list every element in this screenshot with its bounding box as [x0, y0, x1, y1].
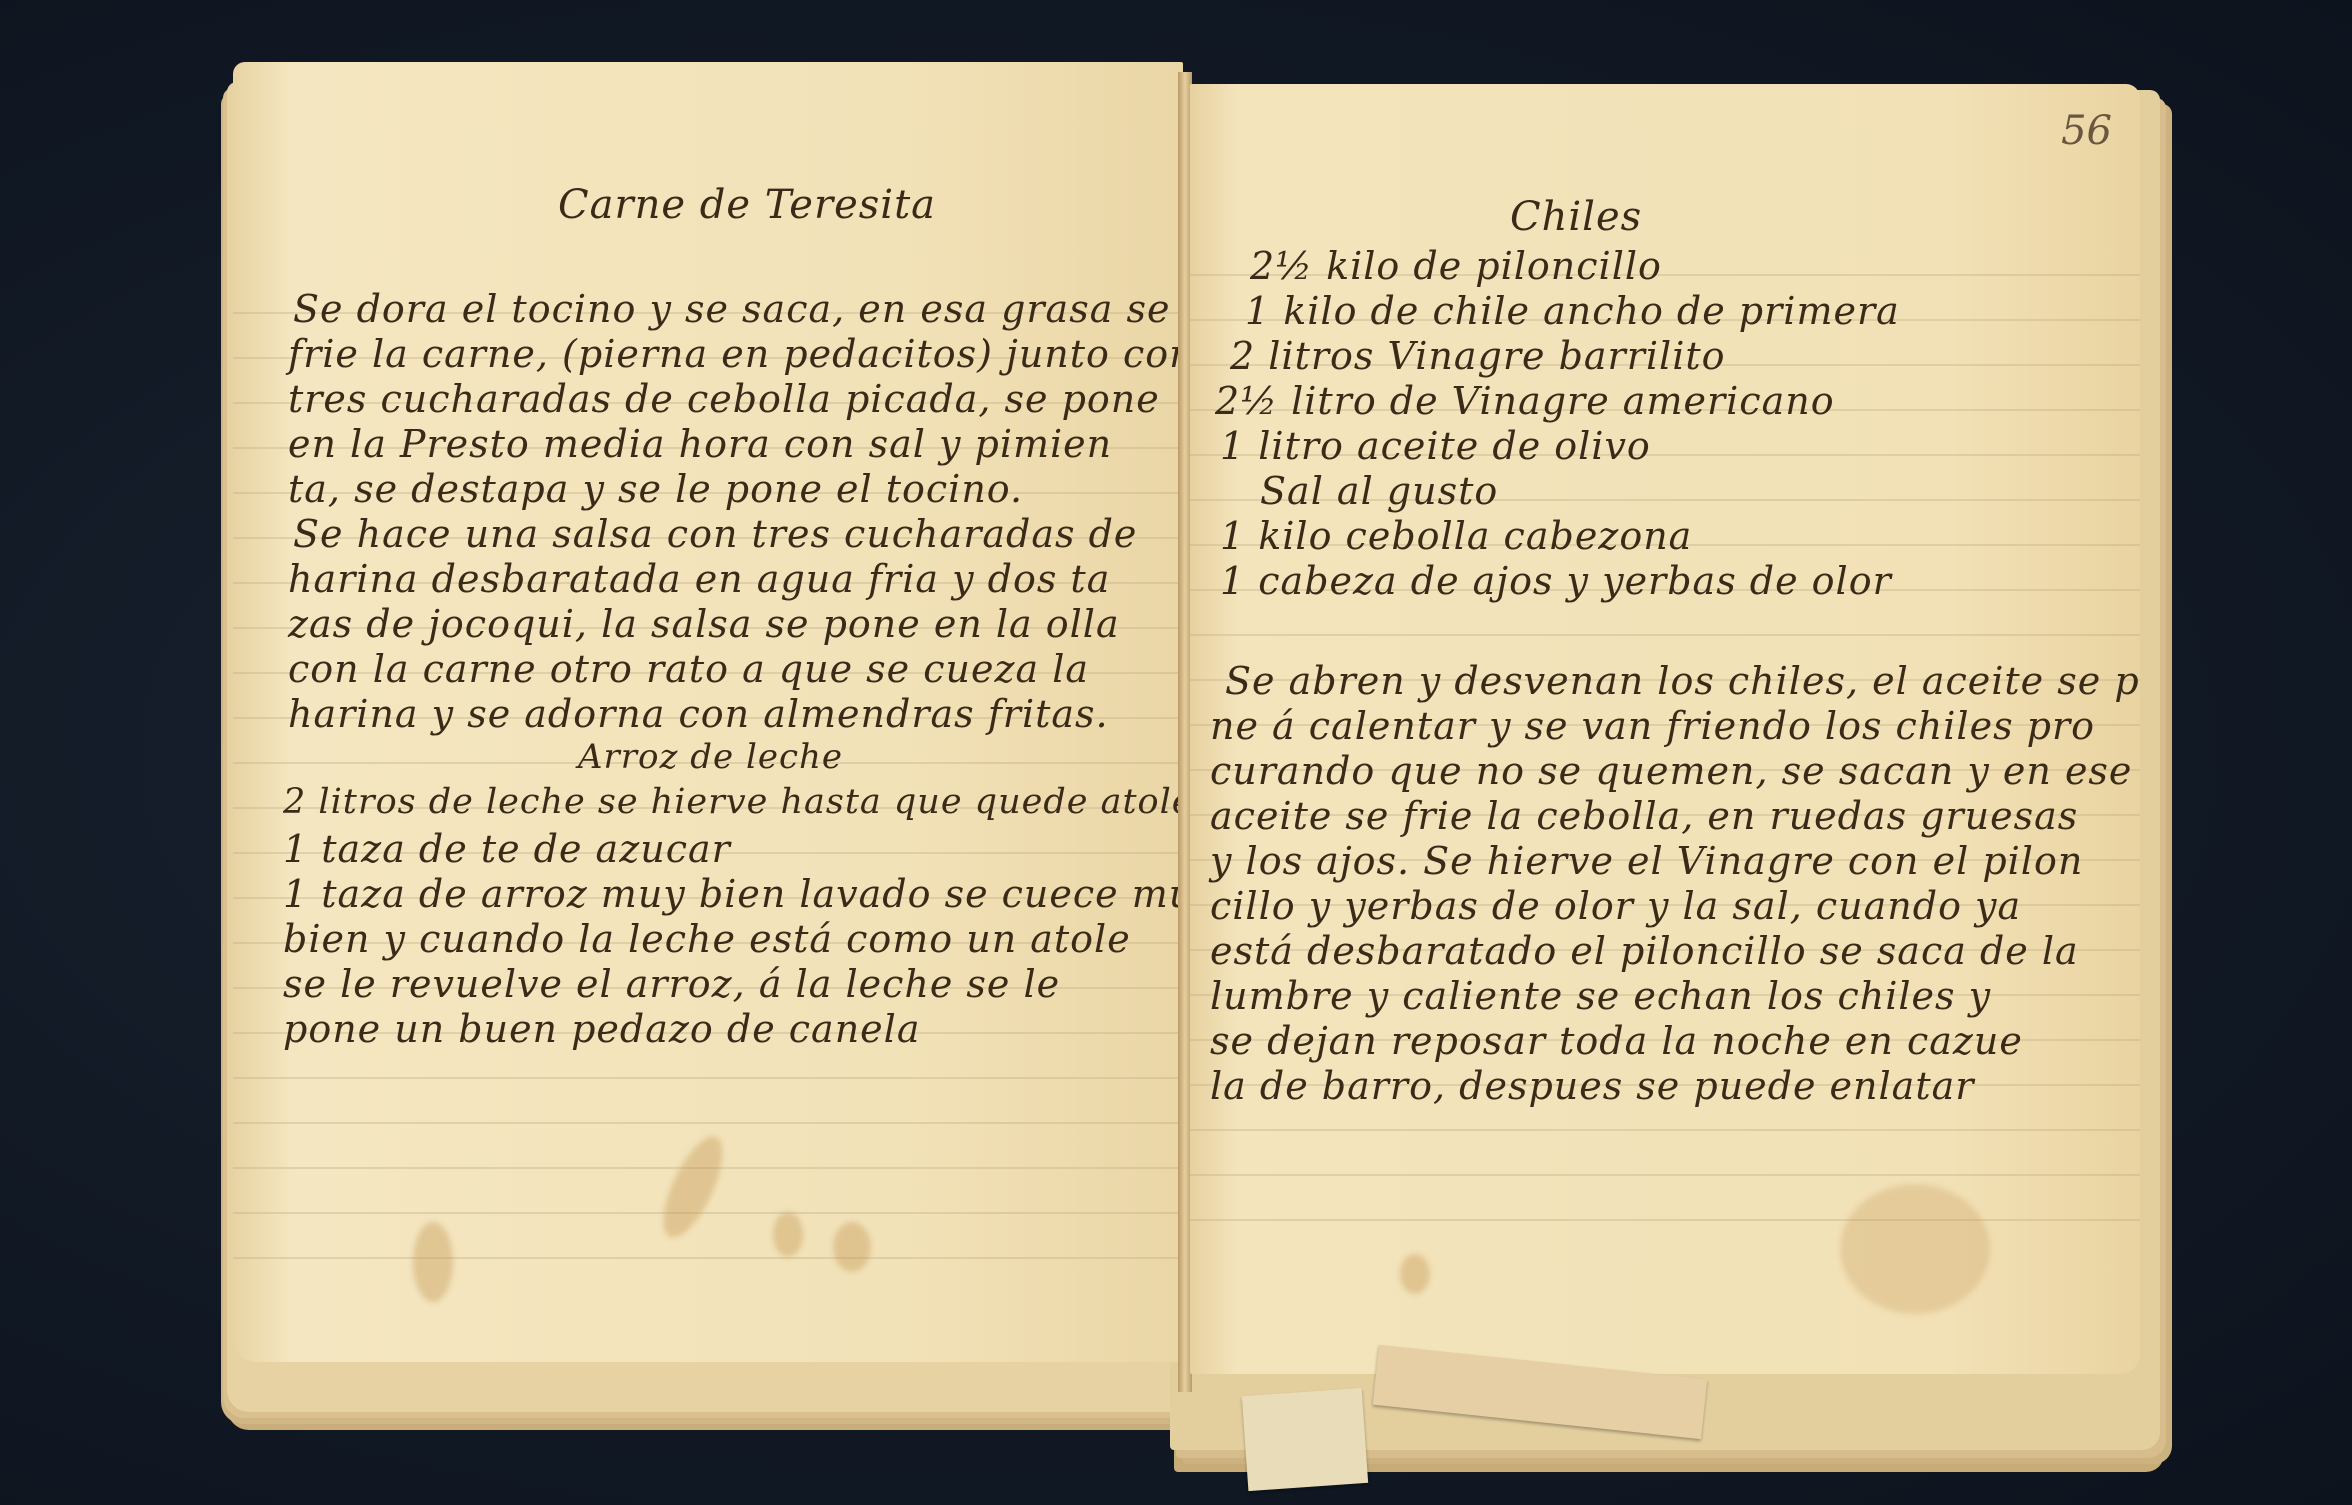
- recipe-line: con la carne otro rato a que se cueza la: [288, 647, 1089, 691]
- recipe-title-carne-de-teresita: Carne de Teresita: [558, 182, 936, 228]
- instruction-line: ne á calentar y se van friendo los chile…: [1210, 704, 2095, 748]
- instruction-line: curando que no se quemen, se sacan y en …: [1210, 749, 2132, 793]
- loose-paper-tab: [1242, 1388, 1368, 1491]
- right-page: 56 Chiles 2½ kilo de piloncillo 1 kilo d…: [1190, 84, 2140, 1374]
- instruction-line: y los ajos. Se hierve el Vinagre con el …: [1210, 839, 2083, 883]
- instruction-line: aceite se frie la cebolla, en ruedas gru…: [1210, 794, 2078, 838]
- recipe-line: tres cucharadas de cebolla picada, se po…: [288, 377, 1160, 421]
- ingredient-line: 2 litros Vinagre barrilito: [1230, 334, 1726, 378]
- recipe-line: frie la carne, (pierna en pedacitos) jun…: [288, 332, 1183, 376]
- ingredient-line: 2½ kilo de piloncillo: [1250, 244, 1662, 288]
- recipe-line: Se dora el tocino y se saca, en esa gras…: [293, 287, 1170, 331]
- recipe-line: pone un buen pedazo de canela: [283, 1007, 920, 1051]
- recipe-line: se le revuelve el arroz, á la leche se l…: [283, 962, 1060, 1006]
- recipe-line: Se hace una salsa con tres cucharadas de: [293, 512, 1137, 556]
- recipe-line: 1 taza de te de azucar: [283, 827, 731, 871]
- instruction-line: lumbre y caliente se echan los chiles y: [1210, 974, 1991, 1018]
- ingredient-line: 1 cabeza de ajos y yerbas de olor: [1220, 559, 1892, 603]
- instruction-line: está desbaratado el piloncillo se saca d…: [1210, 929, 2079, 973]
- open-notebook: Carne de Teresita Se dora el tocino y se…: [215, 62, 2175, 1432]
- recipe-title-arroz-de-leche: Arroz de leche: [578, 737, 843, 777]
- recipe-line: zas de jocoqui, la salsa se pone en la o…: [288, 602, 1120, 646]
- ingredient-line: Sal al gusto: [1260, 469, 1498, 513]
- recipe-line: ta, se destapa y se le pone el tocino.: [288, 467, 1023, 511]
- recipe-line: harina desbaratada en agua fria y dos ta: [288, 557, 1110, 601]
- left-page: Carne de Teresita Se dora el tocino y se…: [233, 62, 1183, 1362]
- instruction-line: cillo y yerbas de olor y la sal, cuando …: [1210, 884, 2021, 928]
- ingredient-line: 1 kilo cebolla cabezona: [1220, 514, 1692, 558]
- ingredient-line: 2½ litro de Vinagre americano: [1215, 379, 1835, 423]
- ingredient-line: 1 kilo de chile ancho de primera: [1245, 289, 1900, 333]
- recipe-line: bien y cuando la leche está como un atol…: [283, 917, 1131, 961]
- page-number: 56: [2061, 108, 2112, 154]
- recipe-title-chiles: Chiles: [1510, 194, 1642, 240]
- ingredient-line: 1 litro aceite de olivo: [1220, 424, 1651, 468]
- recipe-line: 1 taza de arroz muy bien lavado se cuece…: [283, 872, 1183, 916]
- recipe-line: 2 litros de leche se hierve hasta que qu…: [283, 782, 1183, 822]
- instruction-line: se dejan reposar toda la noche en cazue: [1210, 1019, 2023, 1063]
- recipe-line: harina y se adorna con almendras fritas.: [288, 692, 1109, 736]
- instruction-line: Se abren y desvenan los chiles, el aceit…: [1225, 659, 2140, 703]
- recipe-line: en la Presto media hora con sal y pimien: [288, 422, 1112, 466]
- instruction-line: la de barro, despues se puede enlatar: [1210, 1064, 1974, 1108]
